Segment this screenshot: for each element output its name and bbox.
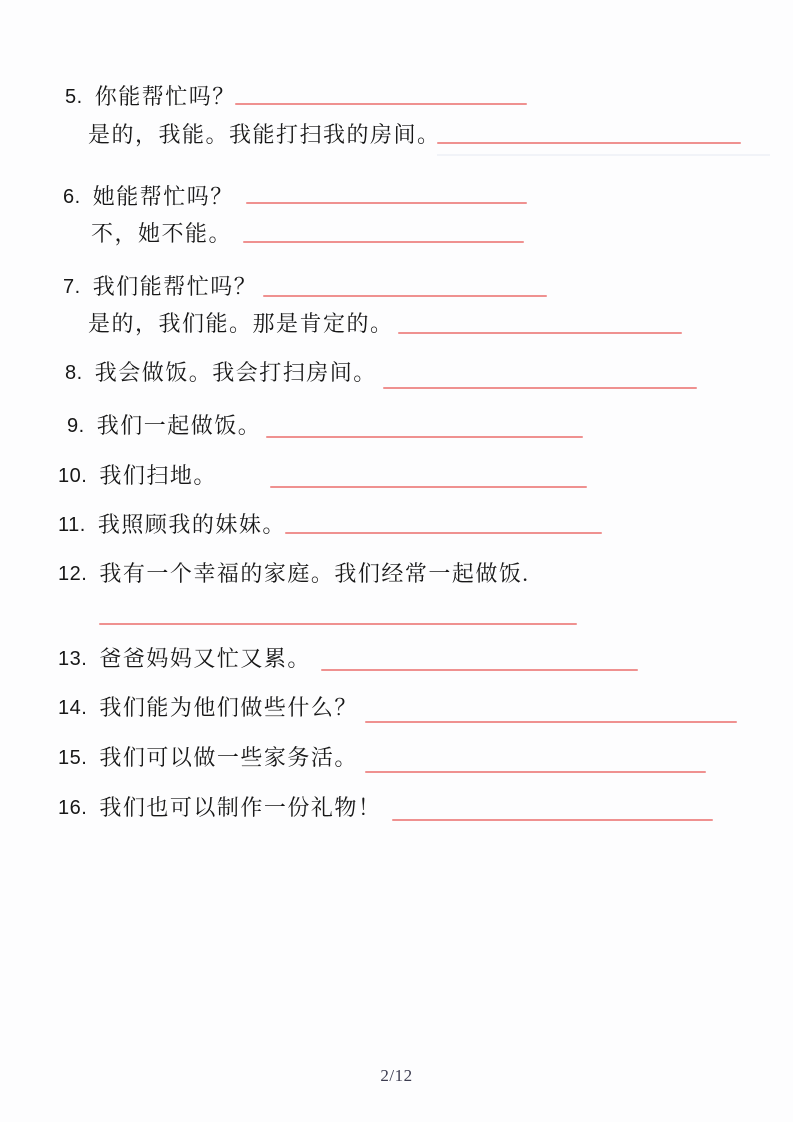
item-text: 我们可以做一些家务活。 (99, 745, 358, 770)
worksheet-line: 是的，我能。我能打扫我的房间。 (88, 122, 441, 151)
item-number: 6. (63, 186, 81, 208)
answer-blank-line (365, 721, 737, 723)
item-number: 7. (63, 276, 81, 298)
worksheet-line: 不，她不能。 (91, 221, 232, 250)
worksheet-line: 5. 你能帮忙吗？ (65, 84, 236, 113)
answer-blank-line (263, 295, 547, 297)
item-text: 我们能帮忙吗？ (93, 274, 258, 299)
answer-blank-line (437, 142, 741, 144)
item-text: 我有一个幸福的家庭。我们经常一起做饭. (99, 561, 529, 586)
worksheet-line: 6. 她能帮忙吗？ (63, 184, 234, 213)
item-text: 不，她不能。 (91, 221, 232, 246)
item-text: 是的，我能。我能打扫我的房间。 (88, 122, 441, 147)
item-number: 12. (58, 563, 87, 585)
item-number: 14. (58, 697, 87, 719)
worksheet-line: 11. 我照顾我的妹妹。 (58, 512, 286, 541)
item-number: 15. (58, 747, 87, 769)
worksheet-line: 9. 我们一起做饭。 (67, 413, 261, 442)
worksheet-line: 8. 我会做饭。我会打扫房间。 (65, 360, 377, 389)
item-number: 8. (65, 362, 83, 384)
item-text: 你能帮忙吗？ (95, 84, 236, 109)
item-text: 我们一起做饭。 (97, 413, 262, 438)
item-text: 我照顾我的妹妹。 (98, 512, 286, 537)
item-number: 10. (58, 465, 87, 487)
worksheet-line: 15. 我们可以做一些家务活。 (58, 745, 358, 774)
item-number: 13. (58, 648, 87, 670)
item-text: 是的，我们能。那是肯定的。 (88, 311, 394, 336)
item-number: 16. (58, 797, 87, 819)
answer-blank-line (392, 819, 713, 821)
page-number: 2/12 (0, 1066, 793, 1086)
worksheet-line: 12. 我有一个幸福的家庭。我们经常一起做饭. (58, 561, 529, 590)
worksheet-page: 5. 你能帮忙吗？ 是的，我能。我能打扫我的房间。 6. 她能帮忙吗？ 不，她不… (0, 0, 793, 1122)
worksheet-line: 10. 我们扫地。 (58, 463, 217, 492)
answer-blank-line (235, 103, 527, 105)
worksheet-line: 14. 我们能为他们做些什么？ (58, 695, 358, 724)
answer-blank-line (285, 532, 602, 534)
worksheet-line: 16. 我们也可以制作一份礼物！ (58, 795, 381, 824)
answer-blank-line (99, 623, 577, 625)
answer-blank-line (270, 486, 587, 488)
worksheet-line: 7. 我们能帮忙吗？ (63, 274, 257, 303)
answer-blank-line (243, 241, 524, 243)
scan-artifact-line (437, 154, 770, 156)
item-number: 9. (67, 415, 85, 437)
worksheet-line: 13. 爸爸妈妈又忙又累。 (58, 646, 311, 675)
item-number: 11. (58, 514, 86, 536)
answer-blank-line (266, 436, 583, 438)
item-text: 爸爸妈妈又忙又累。 (99, 646, 311, 671)
item-text: 我会做饭。我会打扫房间。 (95, 360, 377, 385)
item-text: 我们扫地。 (99, 463, 217, 488)
answer-blank-line (365, 771, 706, 773)
answer-blank-line (246, 202, 527, 204)
answer-blank-line (383, 387, 697, 389)
item-number: 5. (65, 86, 83, 108)
item-text: 她能帮忙吗？ (93, 184, 234, 209)
item-text: 我们也可以制作一份礼物！ (99, 795, 381, 820)
item-text: 我们能为他们做些什么？ (99, 695, 358, 720)
worksheet-line: 是的，我们能。那是肯定的。 (88, 311, 394, 340)
answer-blank-line (321, 669, 638, 671)
answer-blank-line (398, 332, 682, 334)
